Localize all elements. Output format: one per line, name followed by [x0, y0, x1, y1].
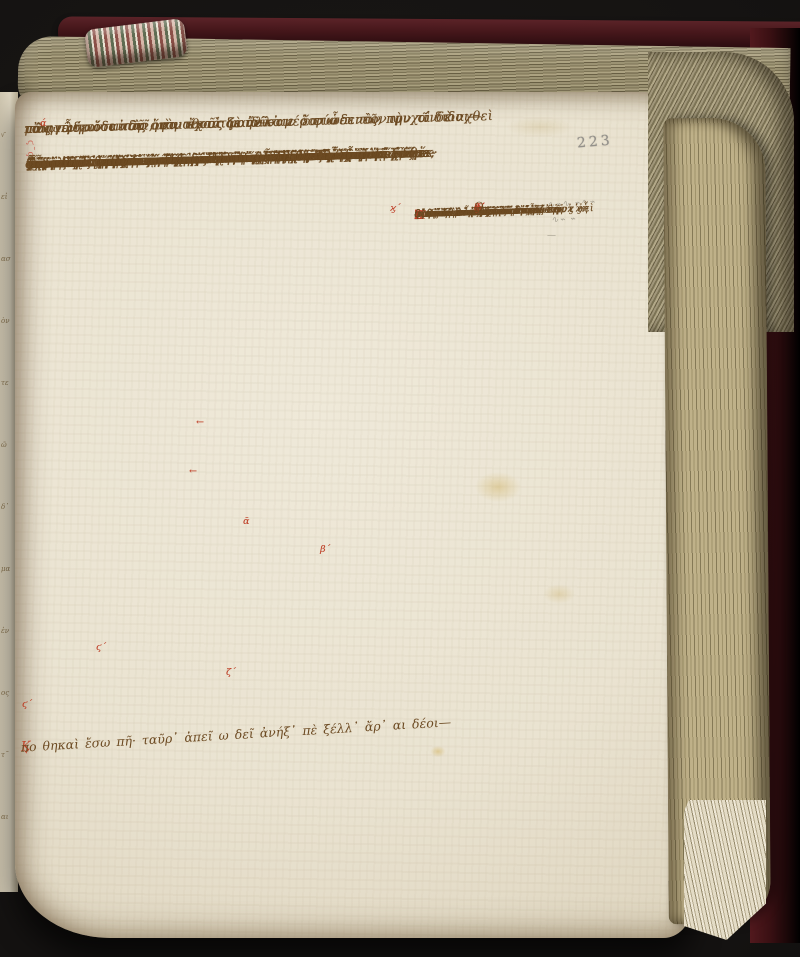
folio-number: 223 — [576, 132, 613, 151]
facing-page-text-fragment: ῶ — [1, 442, 7, 449]
pencil-note: — — [547, 231, 557, 241]
facing-page-text-fragment: δ᾽ — [1, 504, 9, 511]
manuscript-photo: ν͂εἰασὸντεῶδ᾽μαἐνοςτ῀αι 223 ∿⌁∿ ⌁∿⌁ ∿⌁ ⌁… — [0, 0, 800, 957]
facing-page-text-fragment: μα — [1, 566, 10, 573]
facing-page-text-fragment: ν͂ — [1, 132, 4, 139]
stain — [466, 466, 530, 508]
facing-page-text-fragment: τ῀ — [1, 752, 8, 759]
parchment-texture — [15, 92, 691, 938]
facing-page-text-fragment: αι — [1, 814, 8, 821]
facing-page-text-fragment: ὸν — [1, 318, 9, 325]
facing-page-text-fragment: ασ — [1, 256, 11, 263]
facing-page-text-fragment: ος — [1, 690, 9, 697]
facing-page-text-fragment: τε — [1, 380, 9, 387]
facing-page-text-fragment: εἰ — [1, 194, 8, 201]
facing-page-text-fragment: ἐν — [1, 628, 9, 635]
stain — [536, 580, 582, 608]
stain — [492, 112, 588, 142]
stain — [428, 744, 448, 759]
